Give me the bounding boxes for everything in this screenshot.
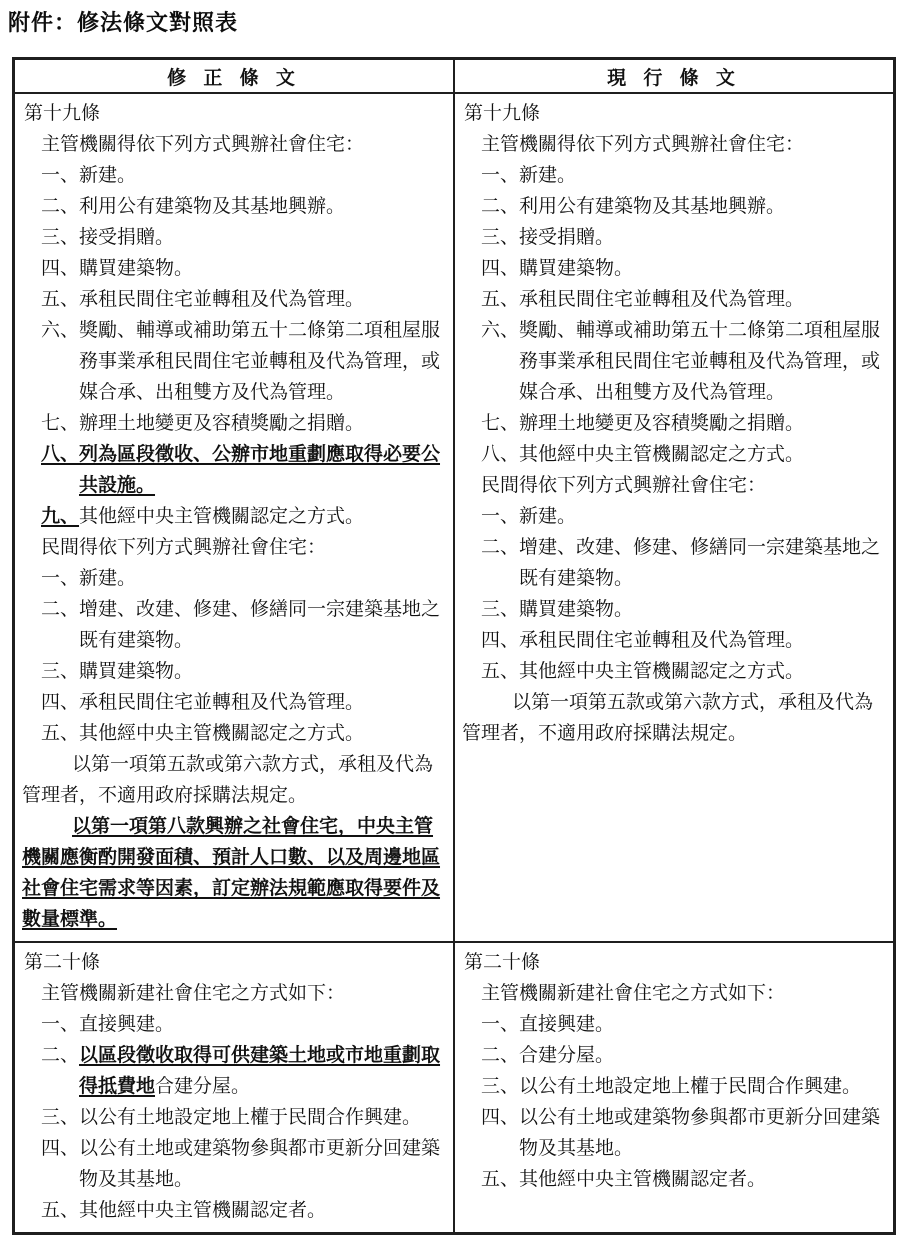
text-line: 以第一項第五款或第六款方式，承租及代為管理者，不適用政府採購法規定。 (22, 749, 447, 811)
text-segment: 二、 (41, 1045, 79, 1066)
text-line: 八、列為區段徵收、公辦市地重劃應取得必要公共設施。 (22, 439, 447, 501)
page-title: 附件：修法條文對照表 (8, 6, 238, 37)
text-line: 五、其他經中央主管機關認定之方式。 (22, 718, 447, 749)
text-line: 第十九條 (462, 98, 887, 129)
column-header-amended: 修 正 條 文 (14, 59, 455, 94)
text-line: 第二十條 (22, 947, 447, 978)
text-line: 三、接受捐贈。 (462, 222, 887, 253)
text-segment: 四、承租民間住宅並轉租及代為管理。 (481, 630, 804, 651)
text-segment: 四、承租民間住宅並轉租及代為管理。 (41, 692, 364, 713)
text-segment: 以第一項第五款或第六款方式，承租及代為管理者，不適用政府採購法規定。 (22, 754, 433, 806)
text-line: 二、以區段徵收取得可供建築土地或市地重劃取得抵費地合建分屋。 (22, 1040, 447, 1102)
text-line: 四、承租民間住宅並轉租及代為管理。 (22, 687, 447, 718)
table-body: 第十九條主管機關得依下列方式興辦社會住宅：一、新建。二、利用公有建築物及其基地興… (14, 93, 895, 1234)
text-line: 九、其他經中央主管機關認定之方式。 (22, 501, 447, 532)
text-segment: 二、增建、改建、修建、修繕同一宗建築基地之既有建築物。 (41, 599, 440, 651)
table-row-article-19: 第十九條主管機關得依下列方式興辦社會住宅：一、新建。二、利用公有建築物及其基地興… (14, 93, 895, 942)
text-line: 一、直接興建。 (462, 1009, 887, 1040)
amended-text-segment: 以區段徵收取得可供建築土地或市地重劃取得抵費地 (79, 1045, 440, 1097)
text-segment: 五、其他經中央主管機關認定者。 (41, 1200, 326, 1221)
text-segment: 主管機關得依下列方式興辦社會住宅： (481, 134, 804, 155)
text-line: 三、購買建築物。 (22, 656, 447, 687)
text-line: 三、接受捐贈。 (22, 222, 447, 253)
text-line: 六、獎勵、輔導或補助第五十二條第二項租屋服務事業承租民間住宅並轉租及代為管理，或… (22, 315, 447, 408)
text-segment: 五、其他經中央主管機關認定之方式。 (41, 723, 364, 744)
text-segment: 五、承租民間住宅並轉租及代為管理。 (481, 289, 804, 310)
text-line: 民間得依下列方式興辦社會住宅： (22, 532, 447, 563)
text-line: 民間得依下列方式興辦社會住宅： (462, 470, 887, 501)
text-segment: 三、接受捐贈。 (41, 227, 174, 248)
text-line: 六、獎勵、輔導或補助第五十二條第二項租屋服務事業承租民間住宅並轉租及代為管理，或… (462, 315, 887, 408)
text-segment: 一、直接興建。 (481, 1014, 614, 1035)
text-segment: 合建分屋。 (155, 1076, 250, 1097)
text-segment: 四、購買建築物。 (481, 258, 633, 279)
text-segment: 主管機關新建社會住宅之方式如下： (481, 983, 785, 1004)
text-segment: 第二十條 (24, 952, 100, 973)
amended-text-segment: 八、列為區段徵收、公辦市地重劃應取得必要公共設施。 (41, 444, 440, 496)
text-segment: 其他經中央主管機關認定之方式。 (79, 506, 364, 527)
text-line: 一、新建。 (22, 160, 447, 191)
text-segment: 八、其他經中央主管機關認定之方式。 (481, 444, 804, 465)
text-segment: 民間得依下列方式興辦社會住宅： (481, 475, 766, 496)
text-line: 主管機關得依下列方式興辦社會住宅： (462, 129, 887, 160)
text-line: 二、增建、改建、修建、修繕同一宗建築基地之既有建築物。 (462, 532, 887, 594)
text-segment: 第十九條 (24, 103, 100, 124)
text-line: 二、增建、改建、修建、修繕同一宗建築基地之既有建築物。 (22, 594, 447, 656)
text-line: 五、其他經中央主管機關認定者。 (22, 1195, 447, 1226)
text-segment: 四、以公有土地或建築物參與都市更新分回建築物及其基地。 (481, 1107, 880, 1159)
text-line: 七、辦理土地變更及容積獎勵之捐贈。 (22, 408, 447, 439)
text-segment: 三、接受捐贈。 (481, 227, 614, 248)
text-line: 四、購買建築物。 (22, 253, 447, 284)
text-segment: 一、直接興建。 (41, 1014, 174, 1035)
text-line: 以第一項第八款興辦之社會住宅，中央主管機關應衡酌開發面積、預計人口數、以及周邊地… (22, 811, 447, 935)
text-line: 一、新建。 (462, 501, 887, 532)
text-line: 五、承租民間住宅並轉租及代為管理。 (22, 284, 447, 315)
text-segment: 三、購買建築物。 (41, 661, 193, 682)
text-segment: 五、承租民間住宅並轉租及代為管理。 (41, 289, 364, 310)
text-line: 二、合建分屋。 (462, 1040, 887, 1071)
amended-cell-article-19: 第十九條主管機關得依下列方式興辦社會住宅：一、新建。二、利用公有建築物及其基地興… (14, 93, 455, 942)
current-cell-article-19: 第十九條主管機關得依下列方式興辦社會住宅：一、新建。二、利用公有建築物及其基地興… (454, 93, 895, 942)
text-line: 八、其他經中央主管機關認定之方式。 (462, 439, 887, 470)
text-segment: 三、購買建築物。 (481, 599, 633, 620)
text-segment: 一、新建。 (41, 568, 136, 589)
table-header: 修 正 條 文 現 行 條 文 (14, 59, 895, 94)
text-line: 四、以公有土地或建築物參與都市更新分回建築物及其基地。 (22, 1133, 447, 1195)
text-segment: 主管機關得依下列方式興辦社會住宅： (41, 134, 364, 155)
text-segment: 一、新建。 (481, 506, 576, 527)
text-segment: 二、增建、改建、修建、修繕同一宗建築基地之既有建築物。 (481, 537, 880, 589)
current-cell-article-20: 第二十條主管機關新建社會住宅之方式如下：一、直接興建。二、合建分屋。三、以公有土… (454, 942, 895, 1234)
text-line: 以第一項第五款或第六款方式，承租及代為管理者，不適用政府採購法規定。 (462, 687, 887, 749)
text-segment: 二、合建分屋。 (481, 1045, 614, 1066)
text-segment: 七、辦理土地變更及容積獎勵之捐贈。 (481, 413, 804, 434)
text-line: 五、承租民間住宅並轉租及代為管理。 (462, 284, 887, 315)
text-segment: 民間得依下列方式興辦社會住宅： (41, 537, 326, 558)
text-line: 五、其他經中央主管機關認定者。 (462, 1164, 887, 1195)
amended-text-segment: 九、 (41, 506, 79, 527)
text-line: 主管機關新建社會住宅之方式如下： (22, 978, 447, 1009)
document-page: 附件：修法條文對照表 修 正 條 文 現 行 條 文 第十九條主管機關得依下列方… (0, 0, 910, 1234)
text-line: 四、承租民間住宅並轉租及代為管理。 (462, 625, 887, 656)
column-header-current: 現 行 條 文 (454, 59, 895, 94)
text-segment: 第二十條 (464, 952, 540, 973)
text-line: 主管機關新建社會住宅之方式如下： (462, 978, 887, 1009)
text-line: 三、以公有土地設定地上權于民間合作興建。 (22, 1102, 447, 1133)
text-segment: 二、利用公有建築物及其基地興辦。 (481, 196, 785, 217)
text-line: 三、以公有土地設定地上權于民間合作興建。 (462, 1071, 887, 1102)
comparison-table: 修 正 條 文 現 行 條 文 第十九條主管機關得依下列方式興辦社會住宅：一、新… (12, 57, 896, 1235)
text-segment: 主管機關新建社會住宅之方式如下： (41, 983, 345, 1004)
text-segment: 第十九條 (464, 103, 540, 124)
text-segment: 六、獎勵、輔導或補助第五十二條第二項租屋服務事業承租民間住宅並轉租及代為管理，或… (481, 320, 880, 403)
text-line: 一、直接興建。 (22, 1009, 447, 1040)
amended-text-segment: 以第一項第八款興辦之社會住宅，中央主管機關應衡酌開發面積、預計人口數、以及周邊地… (22, 816, 440, 930)
text-line: 四、以公有土地或建築物參與都市更新分回建築物及其基地。 (462, 1102, 887, 1164)
text-line: 三、購買建築物。 (462, 594, 887, 625)
text-segment: 三、以公有土地設定地上權于民間合作興建。 (481, 1076, 861, 1097)
text-line: 五、其他經中央主管機關認定之方式。 (462, 656, 887, 687)
text-segment: 四、以公有土地或建築物參與都市更新分回建築物及其基地。 (41, 1138, 440, 1190)
text-line: 二、利用公有建築物及其基地興辦。 (22, 191, 447, 222)
amended-cell-article-20: 第二十條主管機關新建社會住宅之方式如下：一、直接興建。二、以區段徵收取得可供建築… (14, 942, 455, 1234)
text-line: 一、新建。 (22, 563, 447, 594)
text-line: 一、新建。 (462, 160, 887, 191)
header-row: 修 正 條 文 現 行 條 文 (14, 59, 895, 94)
text-segment: 七、辦理土地變更及容積獎勵之捐贈。 (41, 413, 364, 434)
text-segment: 三、以公有土地設定地上權于民間合作興建。 (41, 1107, 421, 1128)
text-segment: 二、利用公有建築物及其基地興辦。 (41, 196, 345, 217)
text-segment: 五、其他經中央主管機關認定之方式。 (481, 661, 804, 682)
text-line: 主管機關得依下列方式興辦社會住宅： (22, 129, 447, 160)
text-segment: 一、新建。 (41, 165, 136, 186)
text-segment: 五、其他經中央主管機關認定者。 (481, 1169, 766, 1190)
text-segment: 以第一項第五款或第六款方式，承租及代為管理者，不適用政府採購法規定。 (462, 692, 873, 744)
text-line: 第十九條 (22, 98, 447, 129)
text-segment: 四、購買建築物。 (41, 258, 193, 279)
text-line: 七、辦理土地變更及容積獎勵之捐贈。 (462, 408, 887, 439)
text-line: 第二十條 (462, 947, 887, 978)
text-segment: 一、新建。 (481, 165, 576, 186)
text-line: 四、購買建築物。 (462, 253, 887, 284)
table-row-article-20: 第二十條主管機關新建社會住宅之方式如下：一、直接興建。二、以區段徵收取得可供建築… (14, 942, 895, 1234)
text-line: 二、利用公有建築物及其基地興辦。 (462, 191, 887, 222)
text-segment: 六、獎勵、輔導或補助第五十二條第二項租屋服務事業承租民間住宅並轉租及代為管理，或… (41, 320, 440, 403)
